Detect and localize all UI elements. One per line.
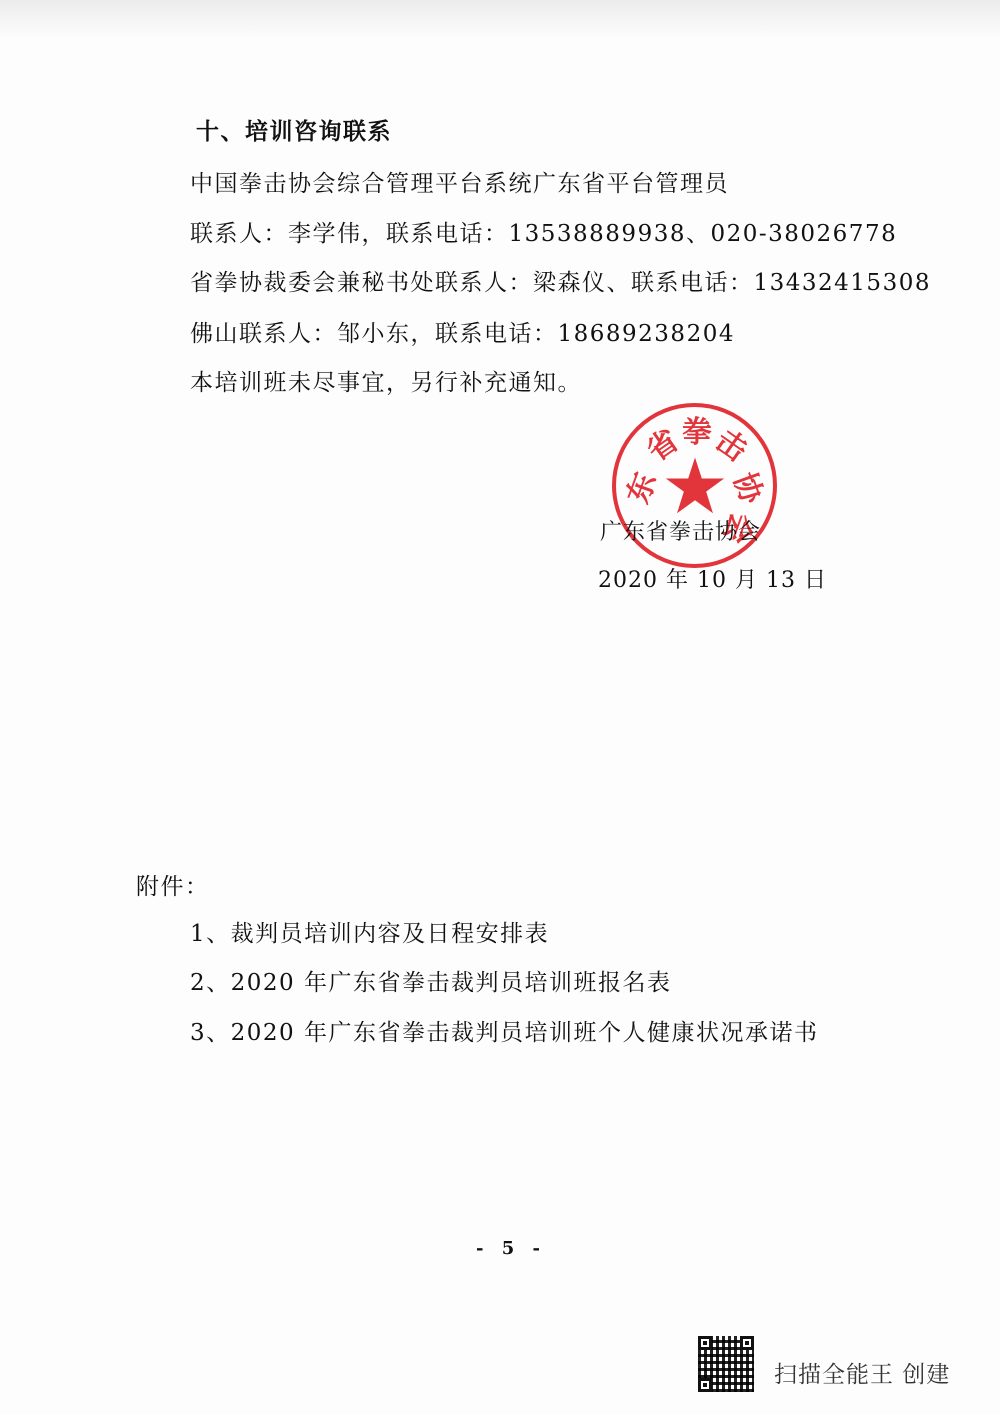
paragraph-contact-zou: 佛山联系人：邹小东，联系电话：18689238204 [190, 315, 735, 348]
watermark-text: 扫描全能王 创建 [774, 1356, 950, 1389]
paragraph-closing-note: 本培训班未尽事宜，另行补充通知。 [190, 364, 582, 397]
attachment-item: 2、2020 年广东省拳击裁判员培训班报名表 [190, 964, 671, 997]
paragraph-contact-li: 联系人：李学伟，联系电话：13538889938、020-38026778 [190, 215, 897, 248]
qr-code-icon [698, 1336, 754, 1392]
page-number: - 5 - [476, 1238, 546, 1259]
scanner-watermark: 扫描全能王 创建 [698, 1336, 950, 1392]
section-heading: 十、培训咨询联系 [196, 113, 392, 146]
seal-char: 东 [613, 465, 665, 508]
attachment-item: 3、2020 年广东省拳击裁判员培训班个人健康状况承诺书 [190, 1014, 818, 1047]
paragraph-contact-liang: 省拳协裁委会兼秘书处联系人：梁森仪、联系电话：13432415308 [190, 264, 931, 297]
scan-edge-shadow [0, 0, 1000, 40]
seal-char: 协 [725, 465, 777, 508]
attachments-label: 附件： [136, 868, 210, 901]
seal-char: 拳 [682, 407, 712, 451]
paragraph-platform-admin: 中国拳击协会综合管理平台系统广东省平台管理员 [190, 165, 729, 198]
attachment-item: 1、裁判员培训内容及日程安排表 [190, 915, 549, 948]
signature-organization: 广东省拳击协会 [600, 515, 761, 546]
star-icon [664, 455, 726, 517]
signature-date: 2020 年 10 月 13 日 [598, 563, 827, 594]
